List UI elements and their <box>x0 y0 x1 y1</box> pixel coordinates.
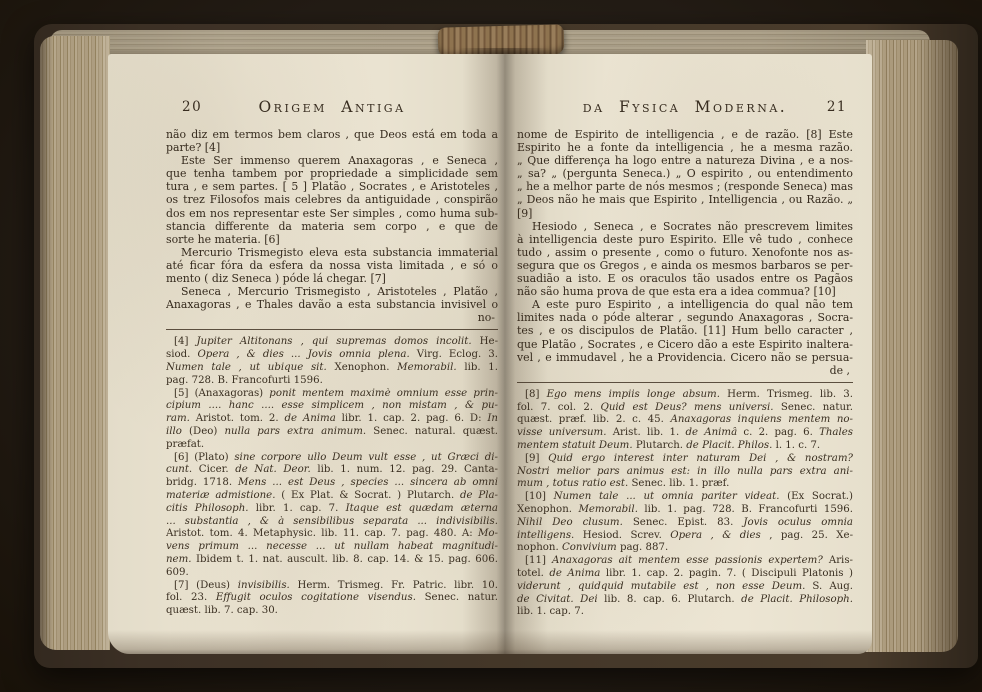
page-number-right: 21 <box>827 99 847 115</box>
text-line: que tenha tambem por propriedade a simpl… <box>166 167 498 180</box>
text-line: Nihil Deo clusum. Senec. Epist. 83. Jovi… <box>517 517 853 530</box>
text-line: ... substantia , & à sensibilibus separa… <box>166 516 498 529</box>
footnotes: [8] Ego mens impiis longe absum. Herm. T… <box>517 389 853 619</box>
text-line: Aristot. tom. 4. Metaphysic. lib. 11. ca… <box>166 528 498 541</box>
text-line: quæst. lib. 7. cap. 30. <box>166 605 498 618</box>
text-line: [5] (Anaxagoras) ponit mentem maximè omn… <box>166 388 498 401</box>
text-line: A este puro Espirito , a intelligencia d… <box>517 298 853 311</box>
text-line: tura , e sem partes. [ 5 ] Platão , Socr… <box>166 180 498 193</box>
text-line: Hesiodo , Seneca , e Socrates não prescr… <box>517 220 853 233</box>
text-line: nome de Espirito de intelligencia , e de… <box>517 128 853 141</box>
page-edge-right <box>866 40 958 652</box>
text-line: bridg. 1718. Mens ... est Deus , species… <box>166 477 498 490</box>
text-line: à intelligencia deste puro Espirito. Ell… <box>517 233 853 246</box>
text-line: citis Philosoph. libr. 1. cap. 7. Itaque… <box>166 503 498 516</box>
text-line: segura que os Gregos , e ainda os mesmos… <box>517 259 853 272</box>
text-line: de Civitat. Dei lib. 8. cap. 6. Plutarch… <box>517 594 853 607</box>
footnote-rule <box>166 329 498 330</box>
text-line: nophon. Convivium pag. 887. <box>517 542 853 555</box>
text-line: pag. 728. B. Francofurti 1596. <box>166 375 498 388</box>
text-line: mento ( diz Seneca ) póde lá chegar. [7] <box>166 272 498 285</box>
text-line: vens primum ... necesse ... ut nullam ha… <box>166 541 498 554</box>
text-line: vel , e immudavel , he a Providencia. Ci… <box>517 351 853 364</box>
text-line: [11] Anaxagoras ait mentem esse passioni… <box>517 555 853 568</box>
text-line: [4] Jupiter Altitonans , qui supremas do… <box>166 336 498 349</box>
text-line: tudo , assim o presente , como o futuro.… <box>517 246 853 259</box>
page-header-left: 20 Origem Antiga <box>166 98 498 120</box>
text-line: sorte he materia. [6] <box>166 233 498 246</box>
text-line: não são huma prova de que esta era a ide… <box>517 285 853 298</box>
text-line: ram. Aristot. tom. 2. de Anima libr. 1. … <box>166 413 498 426</box>
text-line: visse universum. Arist. lib. 1. de Animâ… <box>517 427 853 440</box>
text-line: dos em nos representar este Ser simples … <box>166 207 498 220</box>
text-line: „ Que differença ha logo entre a naturez… <box>517 154 853 167</box>
text-line: Seneca , Mercurio Trismegisto , Aristote… <box>166 285 498 298</box>
text-line: [8] Ego mens impiis longe absum. Herm. T… <box>517 389 853 402</box>
text-line: stancia differente da materia sem corpo … <box>166 220 498 233</box>
text-line: não diz em termos bem claros , que Deos … <box>166 128 498 141</box>
running-title-right: da Fysica Moderna. <box>517 98 853 116</box>
text-line: Espirito he a fonte da intelligencia , h… <box>517 141 853 154</box>
text-line: „ sa? „ (pergunta Seneca.) „ O espirito … <box>517 167 853 180</box>
text-line: mentem statuit Deum. Plutarch. de Placit… <box>517 440 853 453</box>
text-line: mum , totus ratio est. Senec. lib. 1. pr… <box>517 478 853 491</box>
page-header-right: da Fysica Moderna. 21 <box>517 98 853 120</box>
text-line: præfat. <box>166 439 498 452</box>
text-line: os trez Filosofos mais celebres da antig… <box>166 193 498 206</box>
text-line: até ficar fóra da esfera da nossa vista … <box>166 259 498 272</box>
running-title-left: Origem Antiga <box>166 98 498 116</box>
text-line: Xenophon. Memorabil. lib. 1. pag. 728. B… <box>517 504 853 517</box>
text-line: „ he a melhor parte de nós mesmos ; (res… <box>517 180 853 193</box>
text-line: illo (Deo) nulla pars extra animum. Sene… <box>166 426 498 439</box>
text-line: fol. 7. col. 2. Quid est Deus? mens univ… <box>517 402 853 415</box>
text-line: Mercurio Trismegisto eleva esta substanc… <box>166 246 498 259</box>
text-line: tes , e os discipulos de Platão. [11] Hu… <box>517 324 853 337</box>
text-line: [10] Numen tale ... ut omnia pariter vid… <box>517 491 853 504</box>
text-line: cipium .... hanc .... esse simplicem , n… <box>166 400 498 413</box>
text-line: limites nada o póde alterar , segundo An… <box>517 311 853 324</box>
footnotes: [4] Jupiter Altitonans , qui supremas do… <box>166 336 498 618</box>
page-left: 20 Origem Antiga não diz em termos bem c… <box>108 54 504 654</box>
text-line: [7] (Deus) invisibilis. Herm. Trismeg. F… <box>166 580 498 593</box>
text-line: siod. Opera , & dies ... Jovis omnia ple… <box>166 349 498 362</box>
text-line: materiæ admistione. ( Ex Plat. & Socrat.… <box>166 490 498 503</box>
text-line: 609. <box>166 567 498 580</box>
text-line: parte? [4] <box>166 141 498 154</box>
text-line: totel. de Anima libr. 1. cap. 2. pagin. … <box>517 568 853 581</box>
catchword: no- <box>166 311 498 324</box>
page-edge-left <box>40 36 110 650</box>
main-text: não diz em termos bem claros , que Deos … <box>166 128 498 311</box>
text-line: quæst. præf. lib. 2. c. 45. Anaxagoras i… <box>517 414 853 427</box>
page-right: da Fysica Moderna. 21 nome de Espirito d… <box>504 54 872 654</box>
text-line: Nostri melior pars animus est: in illo n… <box>517 466 853 479</box>
text-line: Numen tale , ut ubique sit. Xenophon. Me… <box>166 362 498 375</box>
text-line: que Platão , Socrates , e Cicero dão a e… <box>517 338 853 351</box>
text-line: intelligens. Hesiod. Screv. Opera , & di… <box>517 530 853 543</box>
text-line: lib. 1. cap. 7. <box>517 606 853 619</box>
text-line: nem. Ibidem t. 1. nat. auscult. lib. 8. … <box>166 554 498 567</box>
main-text: nome de Espirito de intelligencia , e de… <box>517 128 853 364</box>
text-line: „ Deos não he mais que Espirito , Intell… <box>517 193 853 206</box>
text-line: [9] <box>517 207 853 220</box>
text-line: Anaxagoras , e Thales davão a esta subst… <box>166 298 498 311</box>
text-line: cunt. Cicer. de Nat. Deor. lib. 1. num. … <box>166 464 498 477</box>
text-line: viderunt , quidquid mutabile est , non e… <box>517 581 853 594</box>
text-line: [6] (Plato) sine corpore ullo Deum vult … <box>166 452 498 465</box>
book-photo: 20 Origem Antiga não diz em termos bem c… <box>0 0 982 692</box>
text-line: fol. 23. Effugit oculos cogitatione vise… <box>166 592 498 605</box>
footnote-rule <box>517 382 853 383</box>
text-line: Este Ser immenso querem Anaxagoras , e S… <box>166 154 498 167</box>
catchword: de , <box>517 364 853 377</box>
text-line: [9] Quid ergo interest inter naturam Dei… <box>517 453 853 466</box>
text-line: suadião a isto. E os oraculos tão usados… <box>517 272 853 285</box>
page-number-left: 20 <box>182 99 202 115</box>
